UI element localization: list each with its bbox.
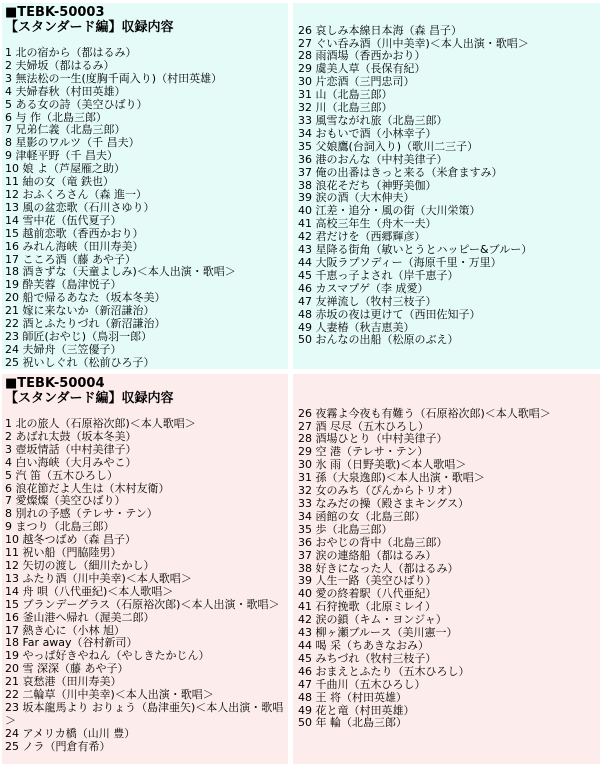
track-line: 14 雪中花（伍代夏子） <box>5 215 286 228</box>
track-line: 23 師匠(おやじ)（鳥羽一郎） <box>5 331 286 344</box>
track-line: 44 喝 采（ちあきなおみ） <box>298 640 598 653</box>
track-line: 1 北の旅人（石原裕次郎)＜本人歌唱＞ <box>5 418 286 431</box>
tebk-50004-left-column: ■TEBK-50004 【スタンダード編】収録内容 1 北の旅人（石原裕次郎)＜… <box>2 374 288 764</box>
track-line: 50 おんなの出船（松原のぶえ） <box>298 334 598 347</box>
track-line: 47 友禅流し（牧村三枝子） <box>298 296 598 309</box>
track-line: 36 おやじの背中（北島三郎） <box>298 537 598 550</box>
track-line: 33 風雪ながれ旅（北島三郎） <box>298 115 598 128</box>
track-line: 4 夫婦春秋（村田英雄） <box>5 86 286 99</box>
track-line: 37 涙の連絡船（都はるみ） <box>298 550 598 563</box>
track-line: 22 酒とふたりづれ（新沼謙治） <box>5 318 286 331</box>
track-line: 50 年 輪（北島三郎） <box>298 717 598 730</box>
track-line: 2 夫婦坂（都はるみ） <box>5 60 286 73</box>
track-line: 33 なみだの操（殿さまキングス） <box>298 498 598 511</box>
track-line: 48 王 将（村田英雄） <box>298 692 598 705</box>
track-line: 24 夫婦舟（三笠優子） <box>5 344 286 357</box>
track-line: 24 アメリカ橋（山川 豊） <box>5 728 286 741</box>
track-line: 46 カスマプゲ（李 成愛） <box>298 283 598 296</box>
track-line: 5 ある女の詩（美空ひばり） <box>5 99 286 112</box>
tebk-50004-right-column: 26 夜霧よ今夜も有難う（石原裕次郎)＜本人歌唱＞27 酒 尽尽（五木ひろし）2… <box>293 374 600 764</box>
track-line: 5 汽 笛（五木ひろし） <box>5 470 286 483</box>
track-line: 34 函館の女（北島三郎） <box>298 511 598 524</box>
track-line: 16 釜山港へ帰れ（渥美二郎） <box>5 612 286 625</box>
tebk-50003-right-column: 26 哀しみ本線日本海（森 昌子）27 ぐい呑み酒（川中美幸)＜本人出演・歌唱＞… <box>293 3 600 369</box>
track-line: 25 祝いしぐれ（松前ひろ子） <box>5 357 286 369</box>
track-line: 44 大阪ラプソディー（海原千里・万里） <box>298 257 598 270</box>
track-line: 25 ノラ（門倉有希） <box>5 741 286 754</box>
track-line: 2 あばれ太鼓（坂本冬美） <box>5 431 286 444</box>
section-title: ■TEBK-50003 <box>5 5 286 20</box>
track-line: 35 歩（北島三郎） <box>298 524 598 537</box>
track-line: 13 ふたり酒（川中美幸)＜本人歌唱＞ <box>5 573 286 586</box>
track-line: 16 みれん海峡（田川寿美） <box>5 241 286 254</box>
track-list-left: 1 北の旅人（石原裕次郎)＜本人歌唱＞2 あばれ太鼓（坂本冬美）3 壺坂情話（中… <box>5 418 286 754</box>
track-line: 36 港のおんな（中村美律子） <box>298 154 598 167</box>
track-line: 14 舟 唄（八代亜紀)＜本人歌唱＞ <box>5 586 286 599</box>
track-line: 13 風の盆恋歌（石川さゆり） <box>5 202 286 215</box>
track-list-right: 26 哀しみ本線日本海（森 昌子）27 ぐい呑み酒（川中美幸)＜本人出演・歌唱＞… <box>298 25 598 348</box>
track-line: 48 赤坂の夜は更けて（西田佐知子） <box>298 309 598 322</box>
track-line: 26 哀しみ本線日本海（森 昌子） <box>298 25 598 38</box>
track-line: 3 無法松の一生(度胸千両入り)（村田英雄） <box>5 73 286 86</box>
section-tebk-50003: ■TEBK-50003 【スタンダード編】収録内容 1 北の宿から（都はるみ）2… <box>2 3 600 369</box>
track-line: 12 おふくろさん（森 進一） <box>5 189 286 202</box>
track-line: 23 坂本龍馬より おりょう（島津亜矢)＜本人出演・歌唱＞ <box>5 702 286 728</box>
track-line: 12 矢切の渡し（細川たかし） <box>5 560 286 573</box>
section-title: ■TEBK-50004 <box>5 376 286 391</box>
track-line: 47 千曲川（五木ひろし） <box>298 679 598 692</box>
track-line: 3 壺坂情話（中村美律子） <box>5 444 286 457</box>
track-line: 1 北の宿から（都はるみ） <box>5 47 286 60</box>
tebk-50003-left-column: ■TEBK-50003 【スタンダード編】収録内容 1 北の宿から（都はるみ）2… <box>2 3 288 369</box>
track-line: 4 白い海峡（大月みやこ） <box>5 457 286 470</box>
track-list-left: 1 北の宿から（都はるみ）2 夫婦坂（都はるみ）3 無法松の一生(度胸千両入り)… <box>5 47 286 369</box>
section-subtitle: 【スタンダード編】収録内容 <box>5 20 286 35</box>
track-list-right: 26 夜霧よ今夜も有難う（石原裕次郎)＜本人歌唱＞27 酒 尽尽（五木ひろし）2… <box>298 408 598 731</box>
track-line: 22 二輪草（川中美幸)＜本人出演・歌唱＞ <box>5 689 286 702</box>
track-line: 46 おまえとふたり（五木ひろし） <box>298 666 598 679</box>
track-line: 15 ブランデーグラス（石原裕次郎)＜本人出演・歌唱＞ <box>5 599 286 612</box>
track-line: 35 父娘鷹(台詞入り)（歌川二三子） <box>298 141 598 154</box>
section-subtitle: 【スタンダード編】収録内容 <box>5 391 286 406</box>
track-line: 26 夜霧よ今夜も有難う（石原裕次郎)＜本人歌唱＞ <box>298 408 598 421</box>
track-line: 45 千恵っ子よされ（岸千恵子） <box>298 270 598 283</box>
section-tebk-50004: ■TEBK-50004 【スタンダード編】収録内容 1 北の旅人（石原裕次郎)＜… <box>2 374 600 764</box>
track-line: 34 おもいで酒（小林幸子） <box>298 128 598 141</box>
track-line: 37 俺の出番はきっと来る（米倉ますみ） <box>298 167 598 180</box>
track-line: 15 越前恋歌（香西かおり） <box>5 228 286 241</box>
page: ■TEBK-50003 【スタンダード編】収録内容 1 北の宿から（都はるみ）2… <box>0 0 600 764</box>
track-line: 45 みちづれ（牧村三枝子） <box>298 653 598 666</box>
